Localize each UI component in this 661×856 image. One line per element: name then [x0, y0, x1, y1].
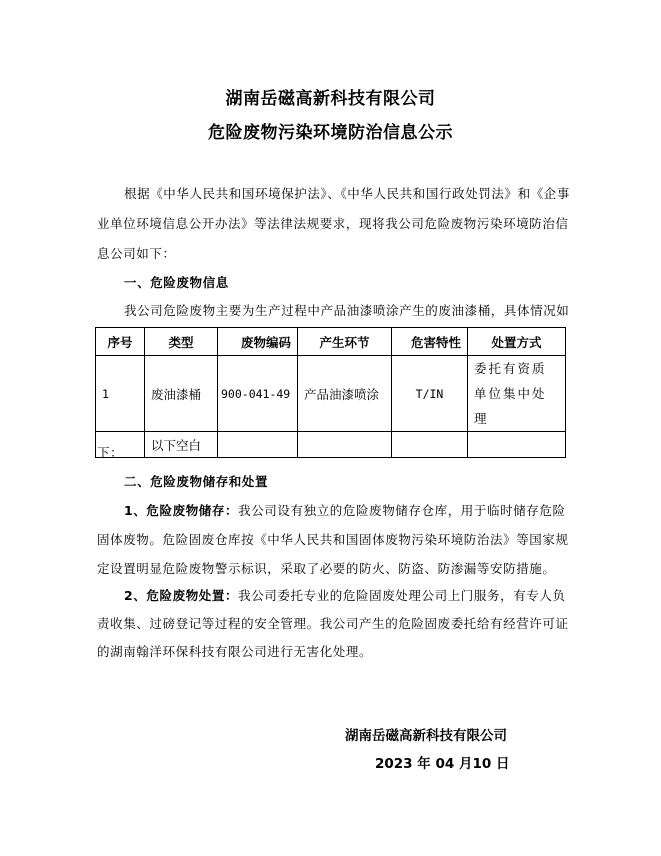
signature-company: 湖南岳磁高新科技有限公司	[345, 724, 507, 744]
table-row: 以下空白	[96, 432, 566, 458]
header-stage: 产生环节	[298, 328, 392, 356]
section1-text-line-1: 我公司危险废物主要为生产过程中产品油漆喷涂产生的废油漆桶，具体情况如	[124, 301, 569, 319]
table-row: 1 废油漆桶 900-041-49 产品油漆喷涂 T/IN 委托有资质单位集中处…	[96, 356, 566, 432]
storage-line-2: 固体废物。危险固废仓库按《中华人民共和国固体废物污染环境防治法》等国家规	[97, 530, 569, 548]
storage-line-1: 1、危险废物储存：我公司设有独立的危险废物储存仓库，用于临时储存危险	[124, 501, 566, 519]
storage-line-3: 定设置明显危险废物警示标识，采取了必要的防火、防盗、防渗漏等安防措施。	[97, 559, 556, 577]
cell-disposal: 委托有资质单位集中处理	[468, 356, 566, 432]
header-code: 废物编码	[218, 328, 298, 356]
signature-date: 2023 年 04 月10 日	[375, 752, 509, 772]
disposal-line-3: 的湖南翰洋环保科技有限公司进行无害化处理。	[97, 642, 372, 660]
storage-label: 1、危险废物储存：	[124, 503, 238, 518]
cell-seq: 1	[96, 356, 145, 432]
table-header-row: 序号 类型 废物编码 产生环节 危害特性 处置方式	[96, 328, 566, 356]
notice-title: 危险废物污染环境防治信息公示	[0, 118, 661, 143]
intro-line-1: 根据《中华人民共和国环境保护法》、《中华人民共和国行政处罚法》和《企事	[124, 184, 570, 202]
cell-code: 900-041-49	[218, 356, 298, 432]
header-disposal: 处置方式	[468, 328, 566, 356]
cell-stage: 产品油漆喷涂	[298, 356, 392, 432]
storage-text: 我公司设有独立的危险废物储存仓库，用于临时储存危险	[238, 503, 566, 518]
section1-text-line-2: 下：	[97, 443, 123, 461]
cell-hazard: T/IN	[392, 356, 468, 432]
header-hazard: 危害特性	[392, 328, 468, 356]
cell-hazard	[392, 432, 468, 458]
intro-line-3: 息公司如下：	[97, 244, 176, 262]
cell-stage	[298, 432, 392, 458]
disposal-line-2: 责收集、过磅登记等过程的安全管理。我公司产生的危险固废委托给有经营许可证	[97, 614, 569, 632]
hazardous-waste-table: 序号 类型 废物编码 产生环节 危害特性 处置方式 1 废油漆桶 900-041…	[95, 327, 566, 458]
company-title: 湖南岳磁高新科技有限公司	[0, 84, 661, 109]
cell-type: 废油漆桶	[145, 356, 218, 432]
disposal-line-1: 2、危险废物处置：我公司委托专业的危险固废处理公司上门服务，有专人负	[124, 586, 566, 604]
disposal-label: 2、危险废物处置：	[124, 588, 238, 603]
section2-heading: 二、危险废物储存和处置	[124, 472, 268, 490]
header-seq: 序号	[96, 328, 145, 356]
section1-heading: 一、危险废物信息	[124, 273, 229, 291]
cell-disposal	[468, 432, 566, 458]
header-type: 类型	[145, 328, 218, 356]
cell-code	[218, 432, 298, 458]
cell-type: 以下空白	[145, 432, 218, 458]
disposal-text: 我公司委托专业的危险固废处理公司上门服务，有专人负	[238, 588, 566, 603]
intro-line-2: 业单位环境信息公开办法》等法律法规要求，现将我公司危险废物污染环境防治信	[97, 214, 569, 232]
